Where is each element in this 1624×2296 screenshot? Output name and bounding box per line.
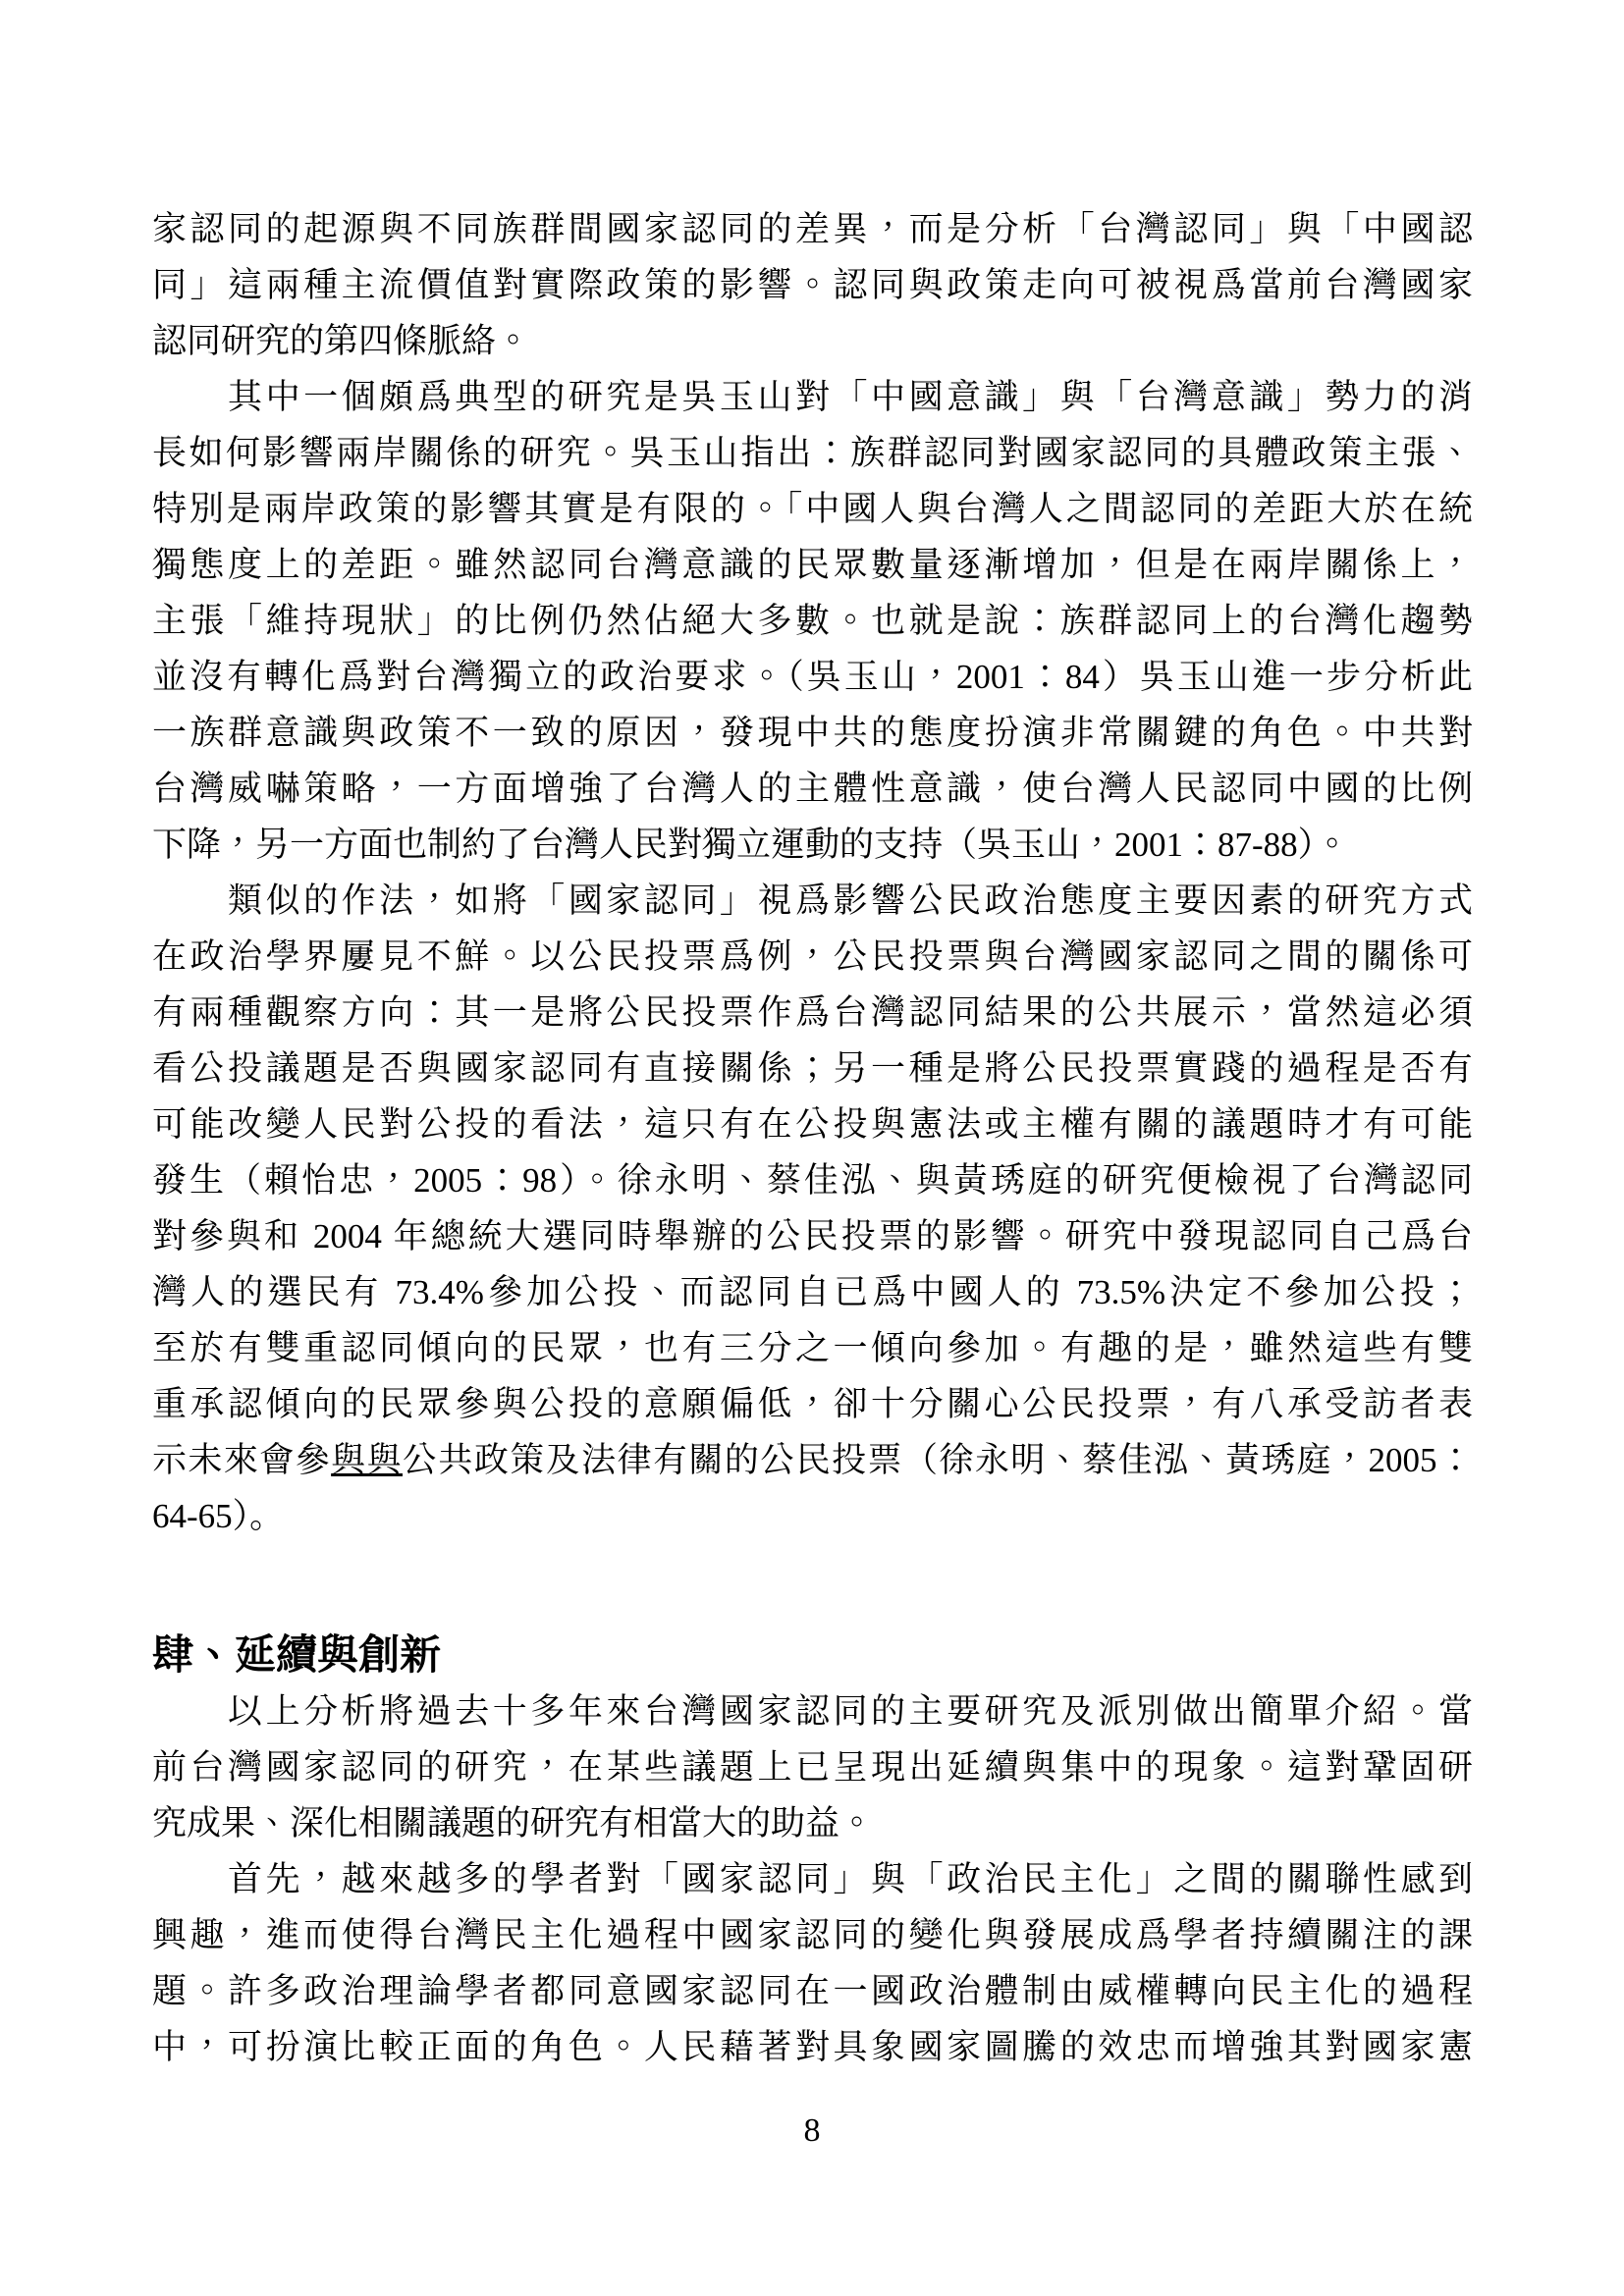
text-line: 一族群意識與政策不一致的原因，發現中共的態度扮演非常關鍵的角色。中共對 [152,705,1473,761]
text-line: 究成果、深化相關議題的研究有相當大的助益。 [152,1795,1473,1851]
text-line: 有兩種觀察方向：其一是將公民投票作爲台灣認同結果的公共展示，當然這必須 [152,985,1473,1041]
text-line: 看公投議題是否與國家認同有直接關係；另一種是將公民投票實踐的過程是否有 [152,1041,1473,1096]
text-line: 示未來會參與與公共政策及法律有關的公民投票（徐永明、蔡佳泓、黃琇庭，2005： [152,1432,1473,1488]
text-line: 中，可扮演比較正面的角色。人民藉著對具象國家圖騰的效忠而增強其對國家憲 [152,2019,1473,2075]
text-line: 類似的作法，如將「國家認同」視爲影響公民政治態度主要因素的研究方式 [152,873,1473,929]
paragraph: 以上分析將過去十多年來台灣國家認同的主要研究及派別做出簡單介紹。當前台灣國家認同… [152,1683,1473,1851]
text-line: 灣人的選民有 73.4%參加公投、而認同自已爲中國人的 73.5%決定不參加公投… [152,1264,1473,1320]
text-line: 家認同的起源與不同族群間國家認同的差異，而是分析「台灣認同」與「中國認 [152,201,1473,257]
underlined-text: 與與 [331,1441,403,1479]
paragraph: 其中一個頗爲典型的研究是吳玉山對「中國意識」與「台灣意識」勢力的消長如何影響兩岸… [152,369,1473,873]
text-line: 同」這兩種主流價值對實際政策的影響。認同與政策走向可被視爲當前台灣國家 [152,257,1473,313]
text-line: 以上分析將過去十多年來台灣國家認同的主要研究及派別做出簡單介紹。當 [152,1683,1473,1739]
text-line: 其中一個頗爲典型的研究是吳玉山對「中國意識」與「台灣意識」勢力的消 [152,369,1473,425]
text-segment: 公共政策及法律有關的公民投票（徐永明、蔡佳泓、黃琇庭，2005： [403,1441,1473,1479]
text-line: 首先，越來越多的學者對「國家認同」與「政治民主化」之間的關聯性感到 [152,1851,1473,1907]
text-line: 在政治學界屢見不鮮。以公民投票爲例，公民投票與台灣國家認同之間的關係可 [152,929,1473,985]
text-line: 台灣威嚇策略，一方面增強了台灣人的主體性意識，使台灣人民認同中國的比例 [152,761,1473,817]
paragraph: 首先，越來越多的學者對「國家認同」與「政治民主化」之間的關聯性感到興趣，進而使得… [152,1851,1473,2075]
text-line: 重承認傾向的民眾參與公投的意願偏低，卻十分關心公民投票，有八承受訪者表 [152,1376,1473,1432]
text-line: 獨態度上的差距。雖然認同台灣意識的民眾數量逐漸增加，但是在兩岸關係上， [152,537,1473,593]
paragraph: 家認同的起源與不同族群間國家認同的差異，而是分析「台灣認同」與「中國認同」這兩種… [152,201,1473,369]
text-line: 並沒有轉化爲對台灣獨立的政治要求。（吳玉山，2001：84）吳玉山進一步分析此 [152,649,1473,705]
text-segment: 示未來會參 [152,1441,331,1479]
text-line: 前台灣國家認同的研究，在某些議題上已呈現出延續與集中的現象。這對鞏固研 [152,1739,1473,1795]
text-line: 可能改變人民對公投的看法，這只有在公投與憲法或主權有關的議題時才有可能 [152,1096,1473,1152]
paragraph: 類似的作法，如將「國家認同」視爲影響公民政治態度主要因素的研究方式在政治學界屢見… [152,873,1473,1544]
text-line: 興趣，進而使得台灣民主化過程中國家認同的變化與發展成爲學者持續關注的課 [152,1907,1473,1963]
text-line: 發生（賴怡忠，2005：98）。徐永明、蔡佳泓、與黃琇庭的研究便檢視了台灣認同 [152,1152,1473,1208]
text-line: 對參與和 2004 年總統大選同時舉辦的公民投票的影響。研究中發現認同自己爲台 [152,1208,1473,1264]
text-line: 特別是兩岸政策的影響其實是有限的。「中國人與台灣人之間認同的差距大於在統 [152,481,1473,537]
document-body: 家認同的起源與不同族群間國家認同的差異，而是分析「台灣認同」與「中國認同」這兩種… [152,201,1473,2075]
text-line: 下降，另一方面也制約了台灣人民對獨立運動的支持（吳玉山，2001：87-88）。 [152,817,1473,873]
text-line: 64-65）。 [152,1488,1473,1544]
text-line: 認同研究的第四條脈絡。 [152,313,1473,369]
text-line: 題。許多政治理論學者都同意國家認同在一國政治體制由威權轉向民主化的過程 [152,1963,1473,2019]
section-heading: 肆、延續與創新 [152,1627,1473,1683]
page-number: 8 [0,2112,1624,2150]
document-page: 家認同的起源與不同族群間國家認同的差異，而是分析「台灣認同」與「中國認同」這兩種… [0,0,1624,2296]
text-line: 長如何影響兩岸關係的研究。吳玉山指出：族群認同對國家認同的具體政策主張、 [152,425,1473,481]
text-line: 至於有雙重認同傾向的民眾，也有三分之一傾向參加。有趣的是，雖然這些有雙 [152,1320,1473,1376]
text-line: 主張「維持現狀」的比例仍然佔絕大多數。也就是說：族群認同上的台灣化趨勢 [152,593,1473,649]
